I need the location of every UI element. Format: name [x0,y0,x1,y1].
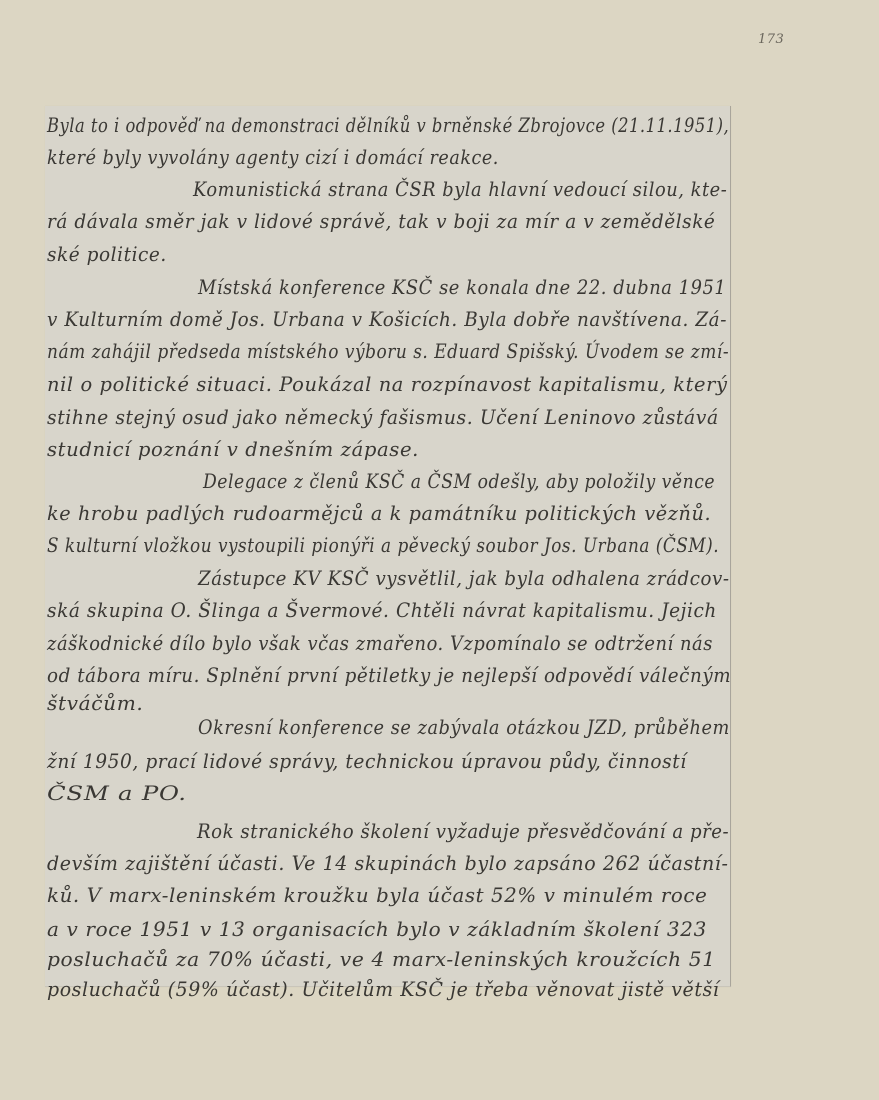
handwritten-line: stihne stejný osud jako německý fašismus… [47,406,719,429]
handwritten-line: Komunistická strana ČSR byla hlavní vedo… [193,178,727,201]
handwritten-line: posluchačů za 70% účasti, ve 4 marx-leni… [47,948,716,971]
handwritten-line: devším zajištění účasti. Ve 14 skupinách… [47,852,728,875]
handwritten-line: S kulturní vložkou vystoupili pionýři a … [47,534,719,557]
handwritten-line: v Kulturním domě Jos. Urbana v Košicích.… [47,308,727,331]
handwritten-line: posluchačů (59% účast). Učitelům KSČ je … [47,978,719,1001]
handwritten-line: rá dávala směr jak v lidové správě, tak … [47,210,715,233]
handwritten-line: ků. V marx-leninském kroužku byla účast … [47,884,707,907]
handwritten-line: studnicí poznání v dnešním zápase. [47,438,419,461]
handwritten-line: Místská konference KSČ se konala dne 22.… [198,276,726,299]
handwritten-line: ské politice. [47,243,167,266]
handwritten-sheet: Byla to i odpověď na demonstraci dělníků… [45,106,731,987]
handwritten-line: Delegace z členů KSČ a ČSM odešly, aby p… [203,470,715,493]
handwritten-line: a v roce 1951 v 13 organisacích bylo v z… [47,918,707,941]
handwritten-line: ČSM a PO. [47,782,187,805]
handwritten-line: od tábora míru. Splnění první pětiletky … [47,664,731,687]
handwritten-line: záškodnické dílo bylo však včas zmařeno.… [47,632,713,655]
handwritten-line: žní 1950, prací lidové správy, technicko… [47,750,687,773]
handwritten-line: Zástupce KV KSČ vysvětlil, jak byla odha… [198,567,730,590]
handwritten-line: ke hrobu padlých rudoarmějců a k památní… [47,502,711,525]
handwritten-line: nil o politické situaci. Poukázal na roz… [47,373,728,396]
handwritten-line: ská skupina O. Šlinga a Švermové. Chtěli… [47,599,717,622]
handwritten-line: Rok stranického školení vyžaduje přesvěd… [197,820,729,843]
handwritten-line: Okresní konference se zabývala otázkou J… [198,716,730,739]
handwritten-line: nám zahájil předseda místského výboru s.… [47,340,729,363]
handwritten-line: které byly vyvolány agenty cizí i domácí… [47,146,499,169]
handwritten-line: štváčům. [47,692,143,715]
handwritten-line: Byla to i odpověď na demonstraci dělníků… [47,114,729,137]
page-number: 173 [758,32,784,47]
